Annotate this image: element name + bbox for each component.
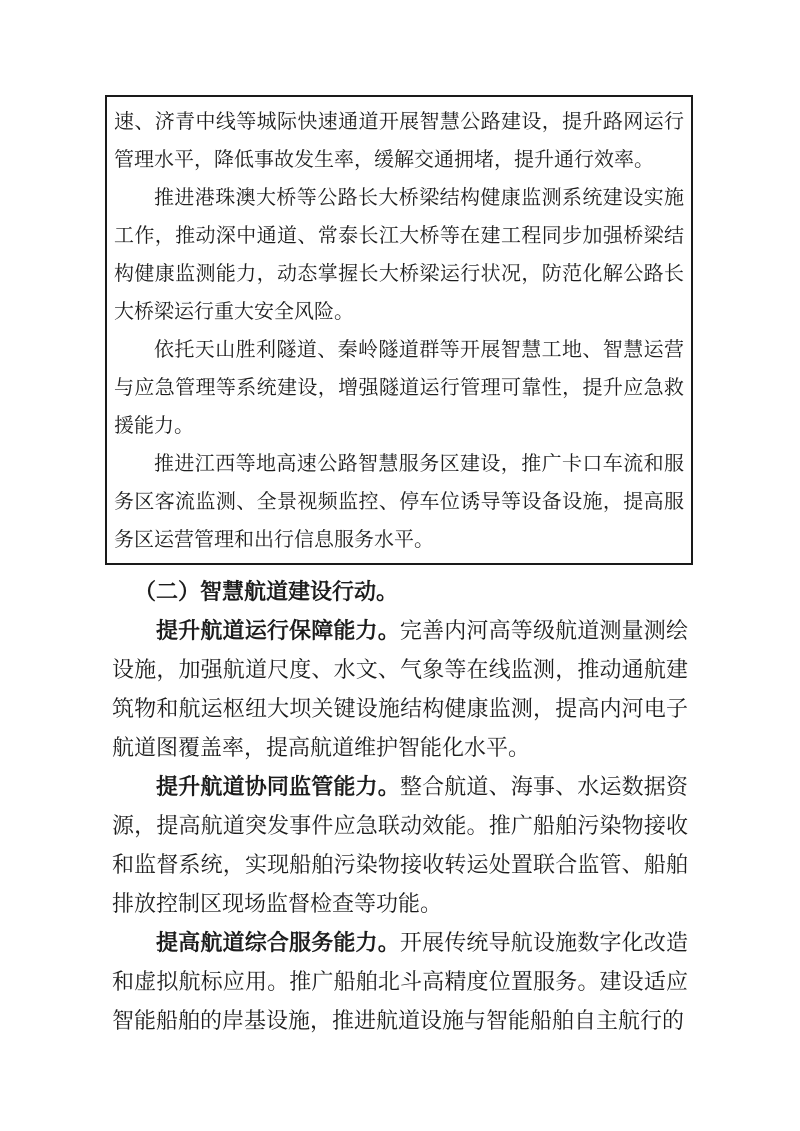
highlight-box: 速、济青中线等城际快速通道开展智慧公路建设，提升路网运行管理水平，降低事故发生率… [105,95,693,565]
box-paragraph: 依托天山胜利隧道、秦岭隧道群等开展智慧工地、智慧运营与应急管理等系统建设，增强隧… [114,331,684,445]
section-heading: （二）智慧航道建设行动。 [112,572,688,611]
body-paragraph: 提升航道运行保障能力。完善内河高等级航道测量测绘设施，加强航道尺度、水文、气象等… [112,611,688,767]
paragraph-lead: 提高航道综合服务能力。 [156,930,400,955]
box-paragraph: 推进江西等地高速公路智慧服务区建设，推广卡口车流和服务区客流监测、全景视频监控、… [114,445,684,559]
paragraph-lead: 提升航道运行保障能力。 [156,618,400,643]
document-page: 速、济青中线等城际快速通道开展智慧公路建设，提升路网运行管理水平，降低事故发生率… [0,0,800,1131]
box-paragraph: 速、济青中线等城际快速通道开展智慧公路建设，提升路网运行管理水平，降低事故发生率… [114,103,684,179]
paragraph-lead: 提升航道协同监管能力。 [156,774,400,799]
box-paragraph: 推进港珠澳大桥等公路长大桥梁结构健康监测系统建设实施工作，推动深中通道、常泰长江… [114,179,684,331]
body-paragraph: 提高航道综合服务能力。开展传统导航设施数字化改造和虚拟航标应用。推广船舶北斗高精… [112,923,688,1040]
body-paragraph: 提升航道协同监管能力。整合航道、海事、水运数据资源，提高航道突发事件应急联动效能… [112,767,688,923]
body-text-column: （二）智慧航道建设行动。 提升航道运行保障能力。完善内河高等级航道测量测绘设施，… [112,572,688,1040]
